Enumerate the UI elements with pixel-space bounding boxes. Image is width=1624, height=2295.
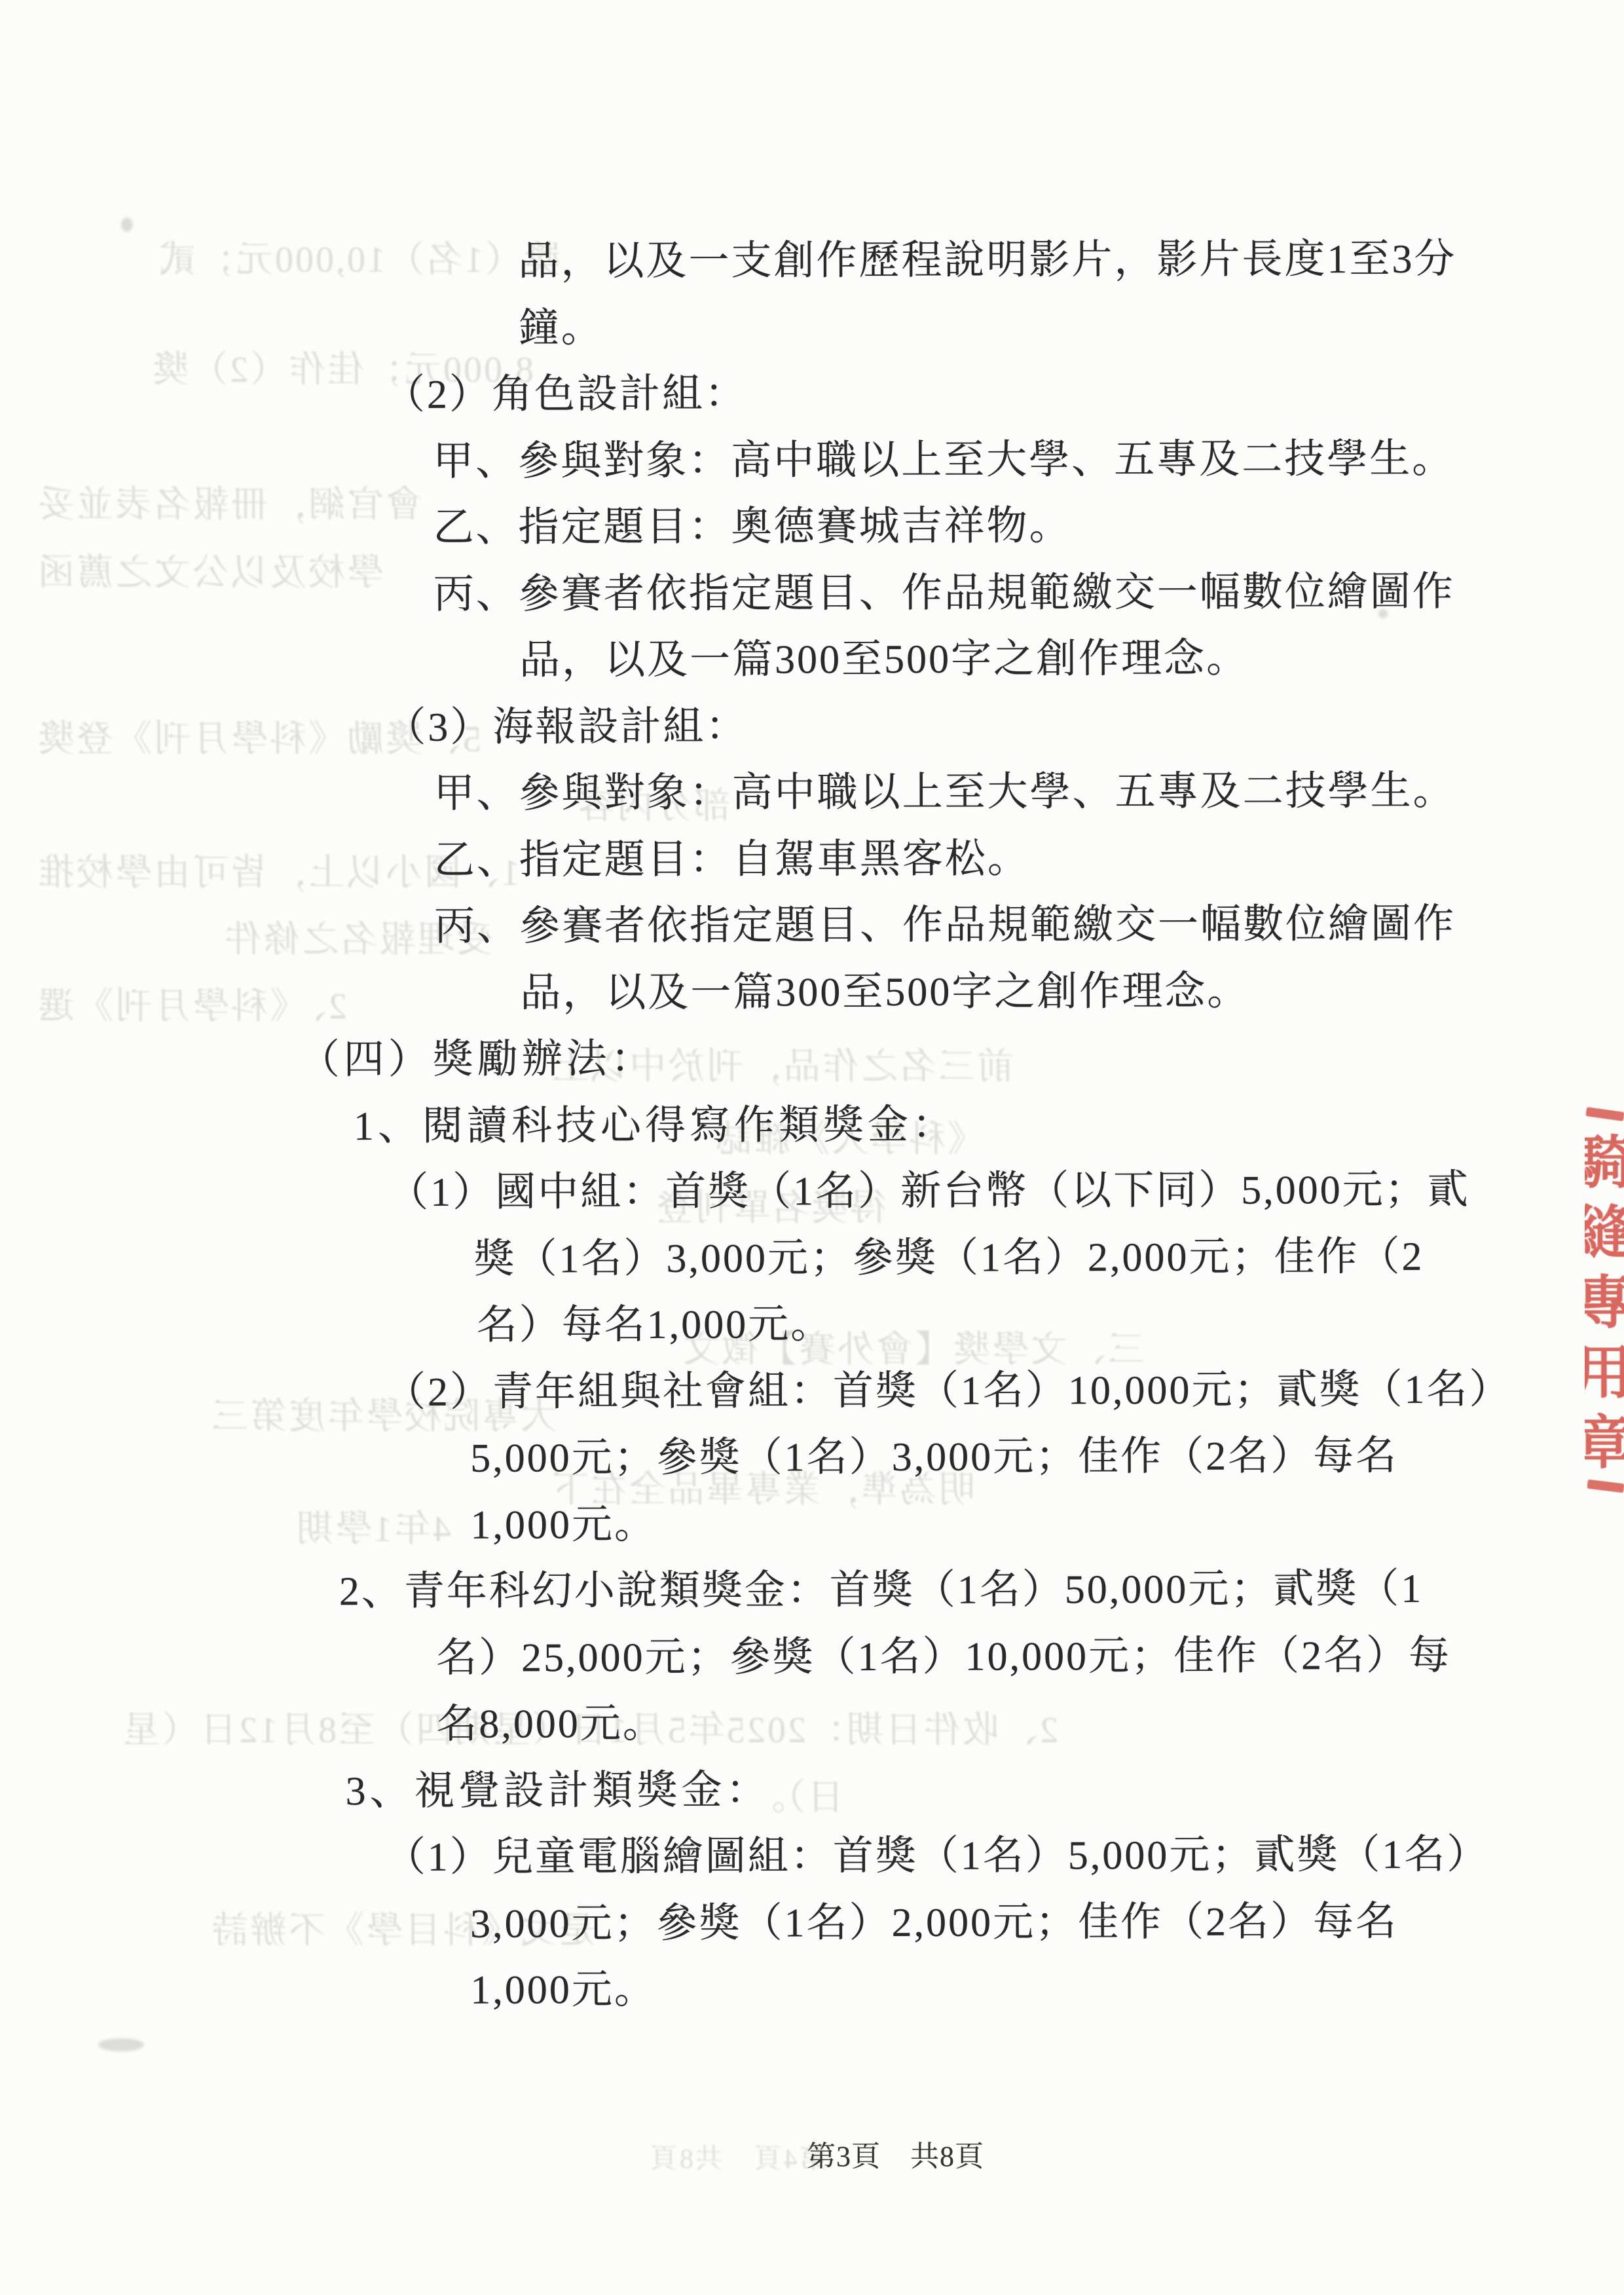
text-line: 鐘。 xyxy=(519,307,604,350)
text-line: （2）青年組與社會組：首獎（1名）10,000元；貳獎（1名） xyxy=(385,1368,1512,1415)
text-line: 1,000元。 xyxy=(470,1968,657,2012)
text-line: 名8,000元。 xyxy=(436,1702,665,1746)
text-line: 名）每名1,000元。 xyxy=(477,1303,834,1347)
text-line: 品，以及一篇300至500字之創作理念。 xyxy=(519,637,1249,682)
text-line: 甲、參與對象：高中職以上至大學、五專及二技學生。 xyxy=(434,770,1455,815)
text-line: 2、青年科幻小說類獎金：首獎（1名）50,000元；貳獎（1 xyxy=(339,1567,1424,1613)
seam-stamp-text: 騎縫專用章 xyxy=(1585,1132,1624,1482)
text-line: 獎（1名）3,000元；參獎（1名）2,000元；佳作（2 xyxy=(473,1235,1424,1281)
text-line: （2）角色設計組： xyxy=(384,373,747,417)
text-line: （1）兒童電腦繪圖組：首獎（1名）5,000元；貳獎（1名） xyxy=(385,1833,1490,1879)
text-line: （3）海報設計組： xyxy=(385,705,748,749)
text-line: （四）獎勵辦法： xyxy=(299,1037,655,1081)
text-line: （1）國中組：首獎（1名）新台幣（以下同）5,000元；貳 xyxy=(388,1168,1470,1214)
text-line: 名）25,000元；參獎（1名）10,000元；佳作（2名）每 xyxy=(436,1634,1451,1680)
document-text-layer: 品，以及一支創作歷程說明影片，影片長度1至3分鐘。（2）角色設計組：甲、參與對象… xyxy=(0,0,1624,2295)
seam-stamp-clip: 騎縫專用章 xyxy=(1585,1128,1624,1495)
text-line: 乙、指定題目：自駕車黑客松。 xyxy=(434,837,1030,882)
text-line: 丙、參賽者依指定題目、作品規範繳交一幅數位繪圖作 xyxy=(434,570,1455,616)
text-line: 5,000元；參獎（1名）3,000元；佳作（2名）每名 xyxy=(470,1434,1398,1480)
text-line: 品，以及一篇300至500字之創作理念。 xyxy=(520,970,1249,1015)
text-line: 1、閱讀科技心得寫作類獎金： xyxy=(354,1104,957,1148)
page-footer: 第3頁 共8頁 xyxy=(807,2133,984,2174)
text-line: 丙、參賽者依指定題目、作品規範繳交一幅數位繪圖作 xyxy=(434,903,1456,948)
text-line: 3、視覺設計類獎金： xyxy=(345,1769,770,1814)
text-line: 甲、參與對象：高中職以上至大學、五專及二技學生。 xyxy=(433,438,1454,483)
text-line: 品，以及一支創作歷程說明影片，影片長度1至3分 xyxy=(518,238,1456,284)
text-line: 乙、指定題目：奧德賽城吉祥物。 xyxy=(433,504,1071,550)
text-line: 3,000元；參獎（1名）2,000元；佳作（2名）每名 xyxy=(470,1900,1398,1946)
text-line: 1,000元。 xyxy=(470,1503,657,1547)
scanned-document-page: 獎（1名）10,000元；貳8,000元；佳作（2）獎會官網，冊報名表並妥學校及… xyxy=(0,0,1624,2295)
